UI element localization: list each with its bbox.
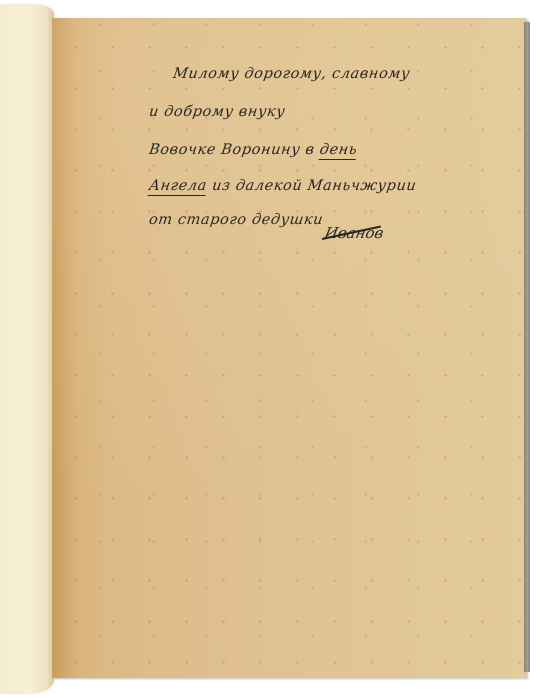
right-page-flyleaf (52, 18, 526, 678)
page-block-edge (524, 22, 530, 672)
left-page (0, 4, 54, 694)
inscription-line-3-text: Вовочке Воронину в (148, 142, 321, 158)
inscription-line-3: Вовочке Воронину в день (148, 142, 359, 158)
signature: Иванов (323, 224, 385, 242)
inscription-underlined-angel: Ангела (148, 178, 208, 196)
inscription-line-4-text: из далекой Маньчжурии (206, 178, 418, 194)
inscription-line-5: от старого дедушки (148, 212, 324, 228)
inscription-underlined-day: день (318, 142, 358, 160)
inscription-line-2: и доброму внуку (148, 104, 286, 120)
inscription-line-1: Милому дорогому, славному (172, 66, 411, 82)
inscription-line-4: Ангела из далекой Маньчжурии (148, 178, 418, 194)
